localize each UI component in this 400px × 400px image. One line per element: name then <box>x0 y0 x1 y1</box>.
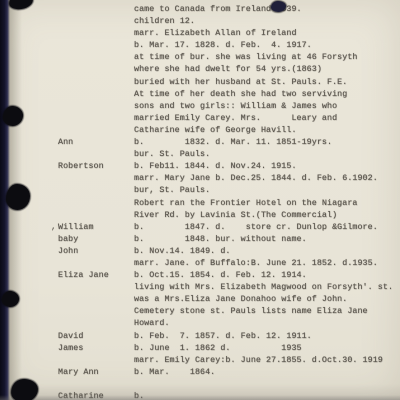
line-text: was a Mrs.Eliza Jane Donahoo wife of Joh… <box>134 295 347 304</box>
line-text: marr. Emily Carey:b. June 27.1855. d.Oct… <box>134 356 383 365</box>
line-text: Howard. <box>134 319 170 328</box>
line-text: bur. St. Pauls. <box>134 150 210 159</box>
line-text: marr. Mary Jane b. Dec.25. 1844. d. Feb.… <box>134 174 378 183</box>
line-text: b. Feb. 7. 1857. d. Feb. 12. 1911. <box>134 332 312 341</box>
document-line <box>0 379 400 391</box>
person-name-label: William <box>58 222 134 234</box>
line-text: b. Mar. 17. 1828. d. Feb. 4. 1917. <box>134 41 312 50</box>
document-line: Mary Annb. Mar. 1864. <box>0 367 400 379</box>
document-body: came to Canada from Ireland 1839.childre… <box>0 4 400 400</box>
stray-typed-mark: , <box>51 222 56 232</box>
document-line: bur, St. Pauls. <box>0 185 400 197</box>
person-name-label: baby <box>58 234 134 246</box>
line-text: Robert ran the Frontier Hotel on the Nia… <box>134 199 357 208</box>
document-line: Johnb. Nov.14. 1849. d. <box>0 246 400 258</box>
person-name-label: James <box>58 343 134 355</box>
document-line: buried with her husband at St. Pauls. F.… <box>0 77 400 89</box>
document-line: Eliza Janeb. Oct.15. 1854. d. Feb. 12. 1… <box>0 270 400 282</box>
document-line: River Rd. by Lavinia St.(The Commercial) <box>0 210 400 222</box>
line-text: at time of bur. she was living at 46 For… <box>134 53 357 62</box>
line-text: marr. Elizabeth Allan of Ireland <box>134 29 297 38</box>
document-line: marr. Mary Jane b. Dec.25. 1844. d. Feb.… <box>0 173 400 185</box>
document-line: marr. Jane. of Buffalo:B. June 21. 1852.… <box>0 258 400 270</box>
line-text: buried with her husband at St. Pauls. F.… <box>134 78 347 87</box>
line-text: b. June 1. 1862 d. 1935 <box>134 344 302 353</box>
document-line: was a Mrs.Eliza Jane Donahoo wife of Joh… <box>0 294 400 306</box>
person-name-label: David <box>58 331 134 343</box>
document-line: babyb. 1848. bur. without name. <box>0 234 400 246</box>
document-line: b. Mar. 17. 1828. d. Feb. 4. 1917. <box>0 40 400 52</box>
person-name-label: Mary Ann <box>58 367 134 379</box>
document-line: at time of bur. she was living at 46 For… <box>0 52 400 64</box>
person-name-label: Eliza Jane <box>58 270 134 282</box>
scanned-document-page: came to Canada from Ireland 1839.childre… <box>0 0 400 400</box>
document-line: Catharine wife of George Havill. <box>0 125 400 137</box>
document-line: Williamb. 1847. d. store cr. Dunlop &Gil… <box>0 222 400 234</box>
document-line: where she had dwelt for 54 yrs.(1863) <box>0 64 400 76</box>
document-line: children 12. <box>0 16 400 28</box>
document-line: Annb. 1832. d. Mar. 11. 1851-19yrs. <box>0 137 400 149</box>
person-name-label: John <box>58 246 134 258</box>
line-text: sons and two girls:: William & James who <box>134 102 337 111</box>
document-line: married Emily Carey. Mrs. Leary and <box>0 113 400 125</box>
line-text: b. 1832. d. Mar. 11. 1851-19yrs. <box>134 138 332 147</box>
line-text: married Emily Carey. Mrs. Leary and <box>134 114 337 123</box>
document-line: Robertsonb. Feb11. 1844. d. Nov.24. 1915… <box>0 161 400 173</box>
line-text: b. 1848. bur. without name. <box>134 235 307 244</box>
document-line: Cemetery stone st. Pauls lists name Eliz… <box>0 306 400 318</box>
document-line: sons and two girls:: William & James who <box>0 101 400 113</box>
document-line: marr. Elizabeth Allan of Ireland <box>0 28 400 40</box>
document-line: bur. St. Pauls. <box>0 149 400 161</box>
line-text: b. Feb11. 1844. d. Nov.24. 1915. <box>134 162 297 171</box>
scan-bottom-edge <box>0 395 400 400</box>
line-text: bur, St. Pauls. <box>134 186 210 195</box>
document-line: marr. Emily Carey:b. June 27.1855. d.Oct… <box>0 355 400 367</box>
person-name-label: Ann <box>58 137 134 149</box>
line-text: where she had dwelt for 54 yrs.(1863) <box>134 65 322 74</box>
document-line: Howard. <box>0 318 400 330</box>
line-text: marr. Jane. of Buffalo:B. June 21. 1852.… <box>134 259 378 268</box>
person-name-label: Robertson <box>58 161 134 173</box>
document-line: Jamesb. June 1. 1862 d. 1935 <box>0 343 400 355</box>
line-text: b. Nov.14. 1849. d. <box>134 247 231 256</box>
line-text: b. Oct.15. 1854. d. Feb. 12. 1914. <box>134 271 307 280</box>
document-line: Davidb. Feb. 7. 1857. d. Feb. 12. 1911. <box>0 331 400 343</box>
line-text: River Rd. by Lavinia St.(The Commercial) <box>134 211 337 220</box>
line-text: b. 1847. d. store cr. Dunlop &Gilmore. <box>134 223 378 232</box>
line-text: Catharine wife of George Havill. <box>134 126 297 135</box>
line-text: children 12. <box>134 17 195 26</box>
document-line: living with Mrs. Elizabeth Magwood on Fo… <box>0 282 400 294</box>
line-text: living with Mrs. Elizabeth Magwood on Fo… <box>134 283 393 292</box>
document-line: came to Canada from Ireland 1839. <box>0 4 400 16</box>
line-text: At time of her death she had two servivi… <box>134 90 347 99</box>
document-line: At time of her death she had two servivi… <box>0 89 400 101</box>
line-text: Cemetery stone st. Pauls lists name Eliz… <box>134 307 368 316</box>
line-text: b. Mar. 1864. <box>134 368 215 377</box>
document-line: Robert ran the Frontier Hotel on the Nia… <box>0 198 400 210</box>
